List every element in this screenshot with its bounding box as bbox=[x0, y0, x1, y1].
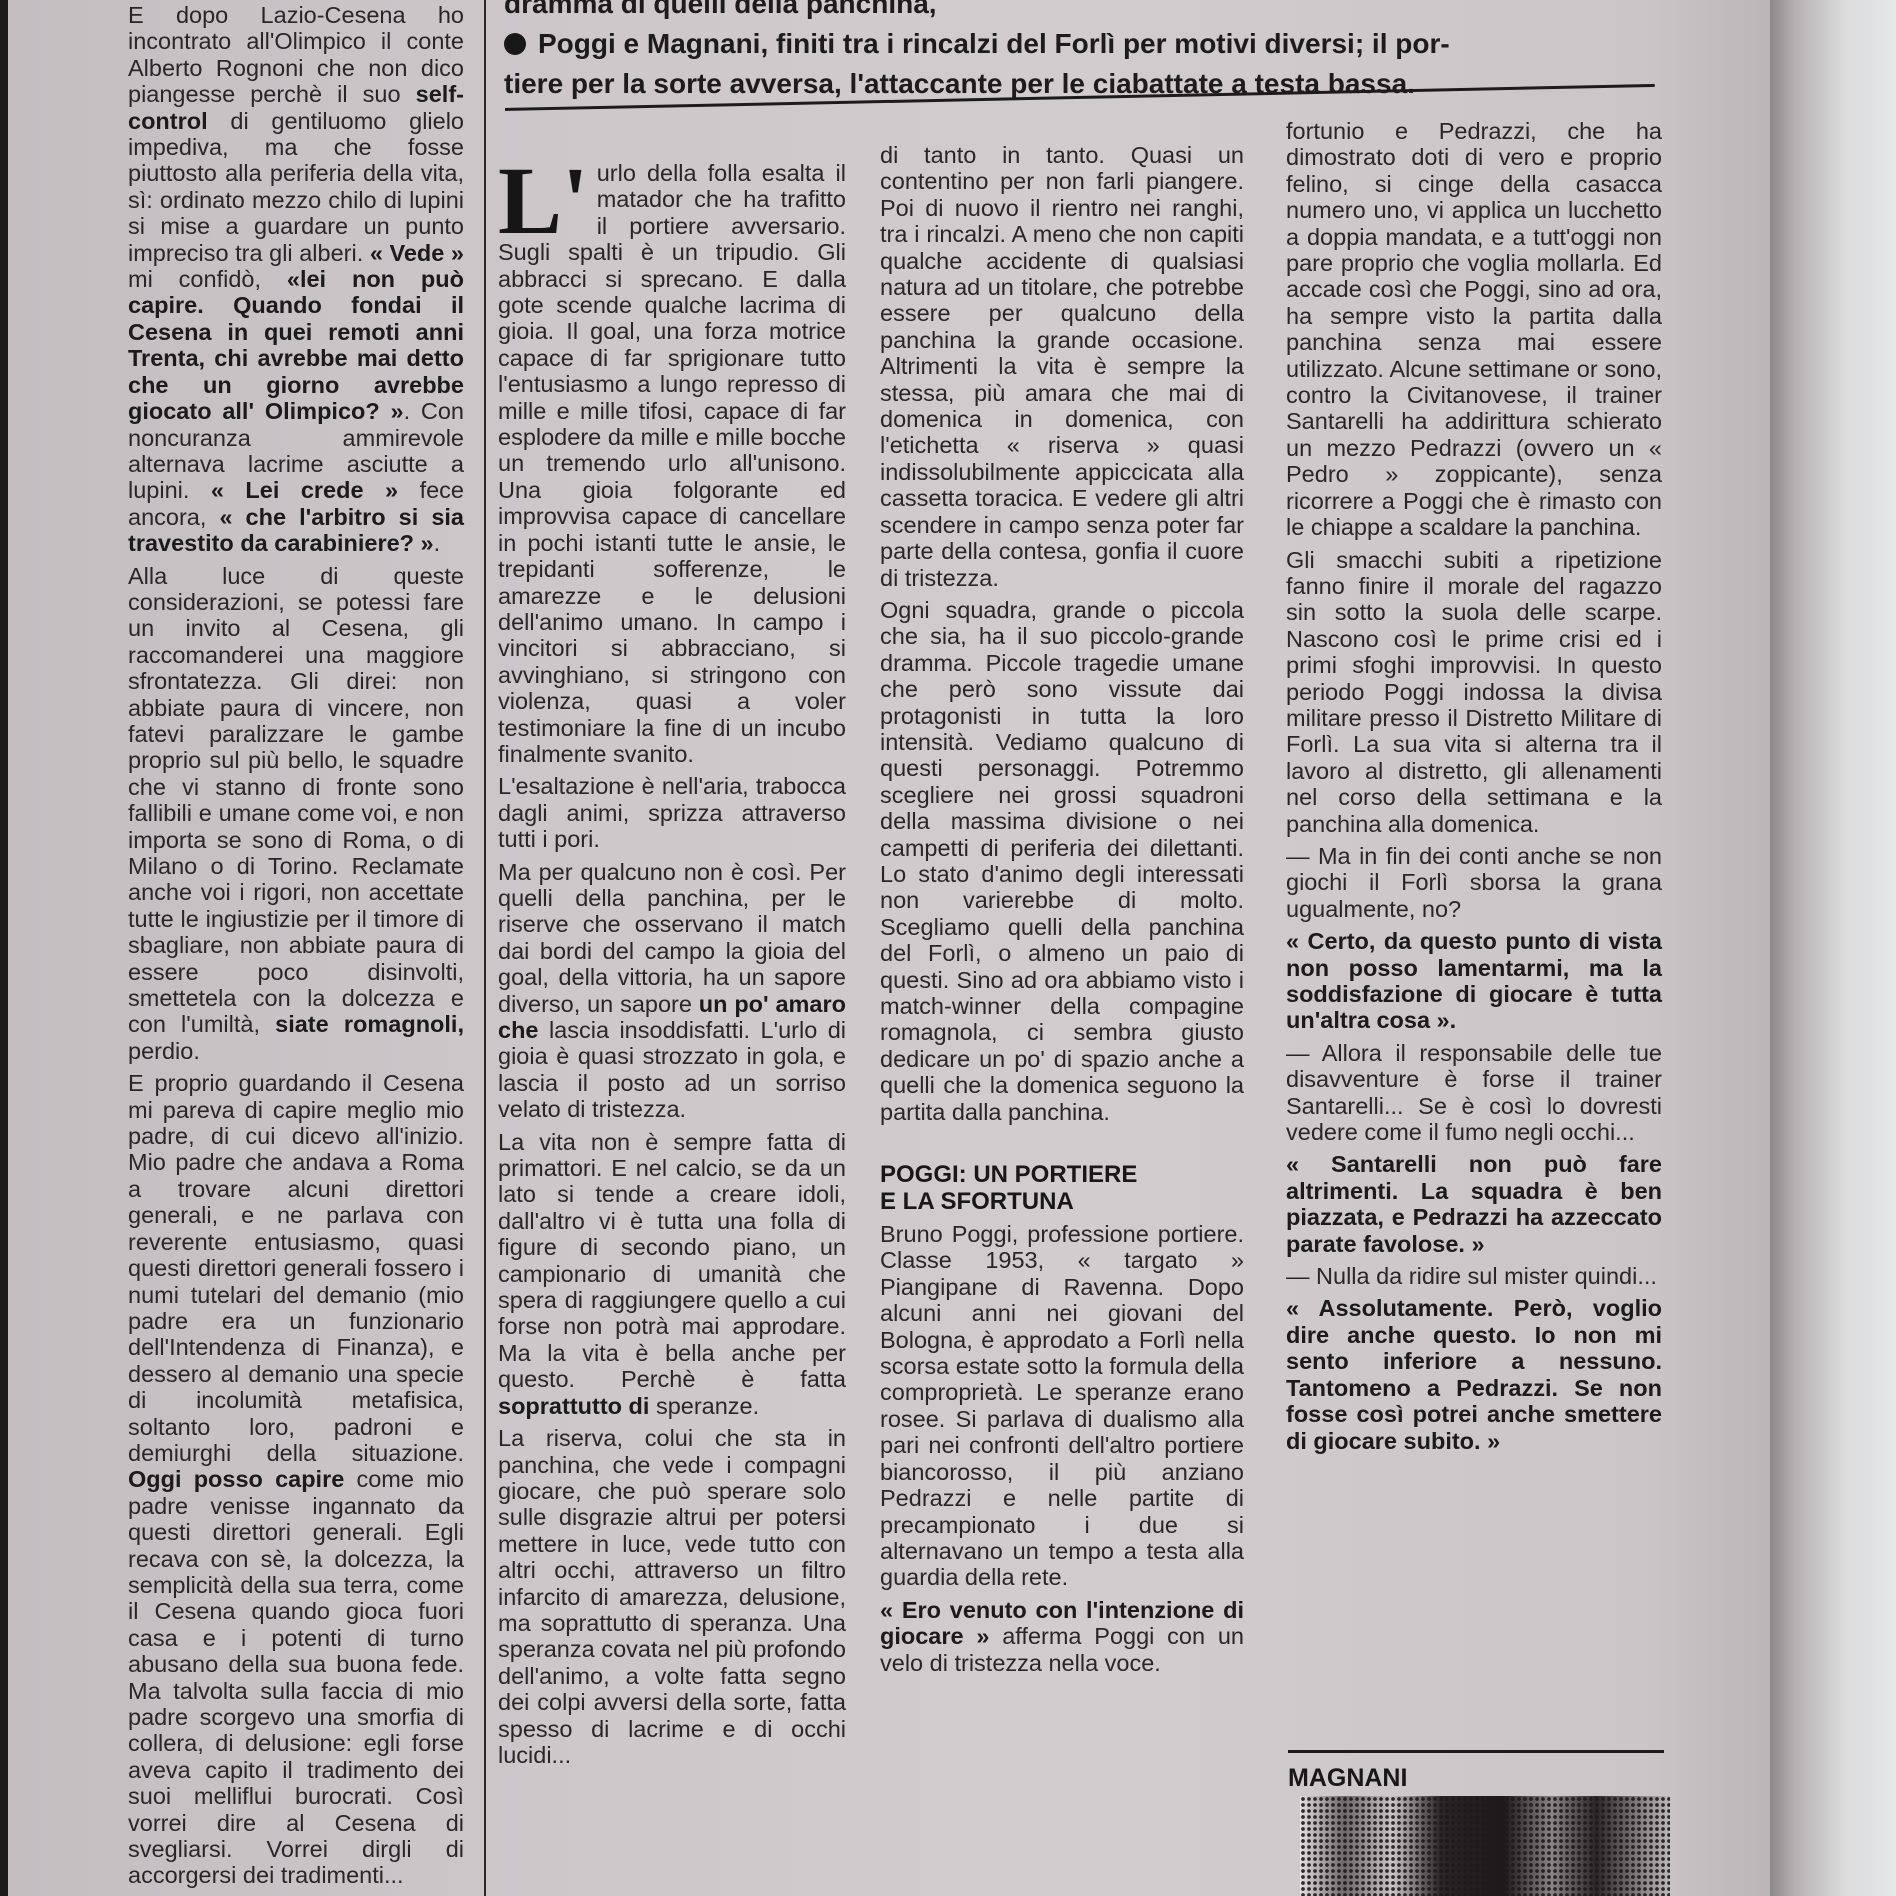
subheadline-top-line: dramma di quelli della panchina, bbox=[504, 0, 1654, 24]
interview-answer: « Assolutamente. Però, voglio dire anche… bbox=[1286, 1295, 1662, 1453]
paragraph: Ma per qualcuno non è così. Per quelli d… bbox=[498, 859, 846, 1123]
paragraph: Bruno Poggi, professione portiere. Class… bbox=[880, 1221, 1244, 1591]
paragraph: fortunio e Pedrazzi, che ha dimostrato d… bbox=[1286, 118, 1662, 541]
paragraph: La riserva, colui che sta in panchina, c… bbox=[498, 1425, 846, 1768]
interview-answer: « Santarelli non può fare altrimenti. La… bbox=[1286, 1151, 1662, 1257]
paragraph: E dopo Lazio-Cesena ho incontrato all'Ol… bbox=[128, 2, 464, 557]
column-2: L'urlo della folla esalta il matador che… bbox=[498, 160, 846, 1774]
column-3: di tanto in tanto. Quasi un contentino p… bbox=[880, 142, 1244, 1682]
background-beyond-page bbox=[1770, 0, 1896, 1896]
paragraph: « Ero venuto con l'intenzione di giocare… bbox=[880, 1597, 1244, 1676]
interview-question: — Ma in fin dei conti anche se non gioch… bbox=[1286, 843, 1662, 922]
interview-question: — Nulla da ridire sul mister quindi... bbox=[1286, 1263, 1662, 1289]
paragraph: di tanto in tanto. Quasi un contentino p… bbox=[880, 142, 1244, 591]
section-title-magnani: MAGNANI bbox=[1288, 1764, 1407, 1793]
column-divider bbox=[484, 0, 486, 1896]
paragraph: Gli smacchi subiti a ripetizione fanno f… bbox=[1286, 547, 1662, 837]
paragraph: La vita non è sempre fatta di primattori… bbox=[498, 1129, 846, 1419]
bullet-icon bbox=[504, 33, 526, 55]
section-divider bbox=[1288, 1750, 1664, 1753]
column-1: E dopo Lazio-Cesena ho incontrato all'Ol… bbox=[128, 2, 464, 1895]
column-4: fortunio e Pedrazzi, che ha dimostrato d… bbox=[1286, 118, 1662, 1460]
paragraph: Alla luce di queste considerazioni, se p… bbox=[128, 563, 464, 1065]
drop-cap: L' bbox=[498, 166, 589, 236]
paragraph: L'esaltazione è nell'aria, trabocca dagl… bbox=[498, 773, 846, 852]
halftone-photo bbox=[1300, 1796, 1670, 1896]
section-title-poggi: POGGI: UN PORTIERE E LA SFORTUNA bbox=[880, 1161, 1244, 1215]
paragraph: E proprio guardando il Cesena mi pareva … bbox=[128, 1070, 464, 1889]
interview-answer: « Certo, da questo punto di vista non po… bbox=[1286, 928, 1662, 1034]
paragraph: Ogni squadra, grande o piccola che sia, … bbox=[880, 597, 1244, 1125]
paragraph: L'urlo della folla esalta il matador che… bbox=[498, 160, 846, 767]
interview-question: — Allora il responsabile delle tue disav… bbox=[1286, 1040, 1662, 1146]
page-binding-edge bbox=[0, 0, 8, 1896]
subheadline-line-1: Poggi e Magnani, finiti tra i rincalzi d… bbox=[538, 28, 1450, 59]
